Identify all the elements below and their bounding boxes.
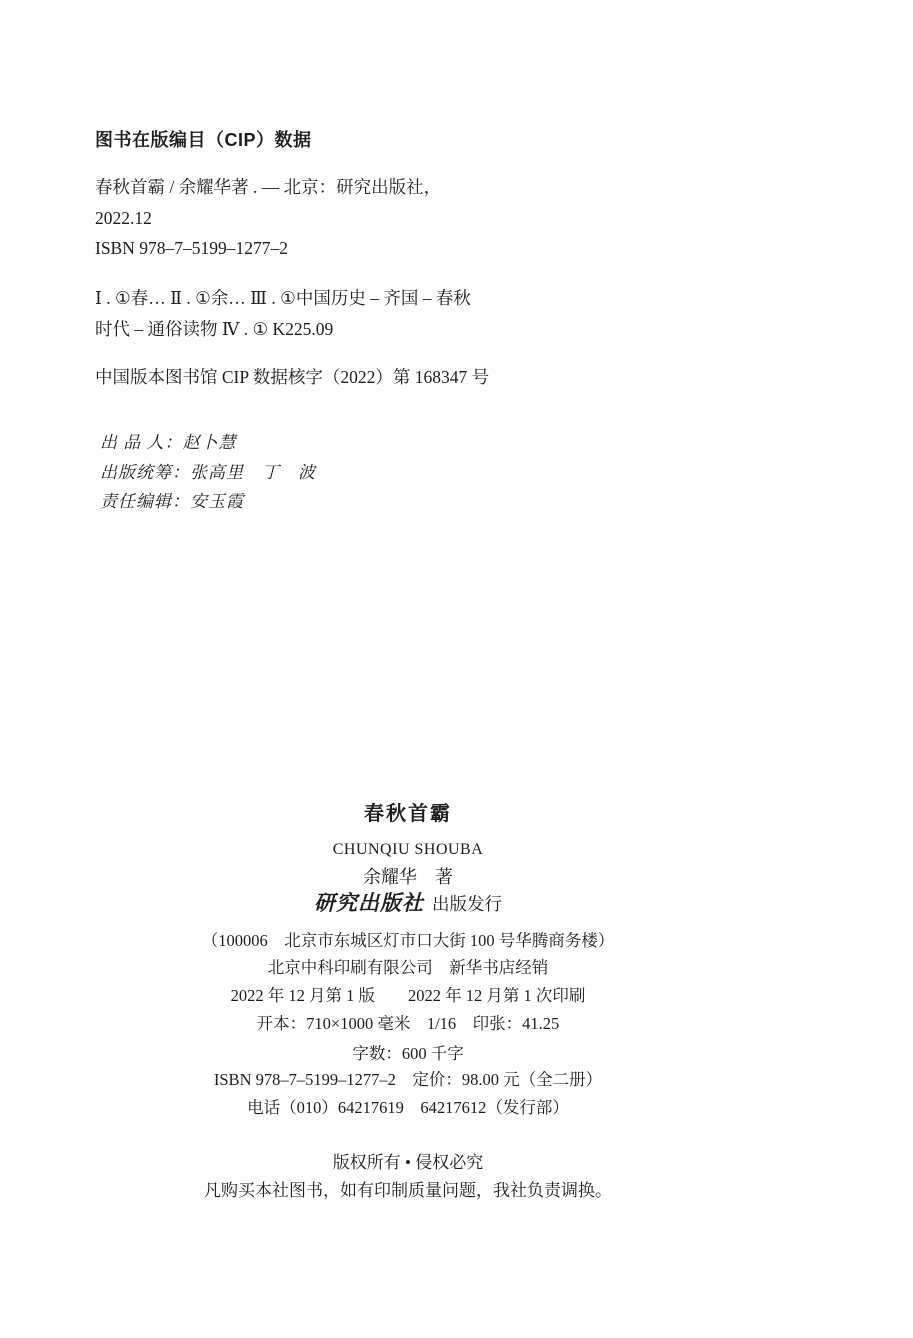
- isbn-price: ISBN 978–7–5199–1277–2 定价：98.00 元（全二册）: [95, 1069, 721, 1091]
- credit-editor: 责任编辑：安玉霞: [100, 491, 244, 513]
- author-line: 余耀华 著: [95, 866, 721, 888]
- cip-entry-line: 春秋首霸 / 余耀华著 . –– 北京：研究出版社，: [95, 176, 441, 198]
- credit-editor-value: 安玉霞: [190, 492, 244, 511]
- printer-distributor: 北京中科印刷有限公司 新华书店经销: [95, 957, 721, 979]
- credit-coordinator-label: 出版统筹：: [100, 463, 190, 482]
- cip-heading: 图书在版编目（CIP）数据: [95, 126, 312, 152]
- cip-classification-line1: Ⅰ . ①春… Ⅱ . ①余… Ⅲ . ①中国历史 – 齐国 – 春秋: [95, 287, 471, 309]
- credit-producer-value: 赵卜慧: [183, 433, 237, 452]
- book-title: 春秋首霸: [95, 803, 721, 825]
- credit-producer: 出 品 人：赵卜慧: [100, 432, 237, 454]
- cip-entry-year: 2022.12: [95, 207, 152, 229]
- cip-classification-line2: 时代 – 通俗读物 Ⅳ . ① K225.09: [95, 318, 333, 340]
- cip-isbn: ISBN 978–7–5199–1277–2: [95, 237, 288, 259]
- format-info: 开本：710×1000 毫米 1/16 印张：41.25: [95, 1013, 721, 1035]
- word-count: 字数：600 千字: [95, 1043, 721, 1065]
- edition-info: 2022 年 12 月第 1 版 2022 年 12 月第 1 次印刷: [95, 985, 721, 1007]
- credit-producer-label: 出 品 人：: [100, 433, 183, 452]
- publisher-line: 研究出版社出版发行: [95, 892, 721, 915]
- copyright-notice: 版权所有 • 侵权必究: [95, 1152, 721, 1174]
- phone-info: 电话（010）64217619 64217612（发行部）: [95, 1097, 721, 1119]
- quality-notice: 凡购买本社图书，如有印制质量问题，我社负责调换。: [95, 1180, 721, 1202]
- copyright-page: 图书在版编目（CIP）数据 春秋首霸 / 余耀华著 . –– 北京：研究出版社，…: [0, 0, 913, 1338]
- publisher-logo: 研究出版社: [314, 891, 424, 915]
- cip-registry-number: 中国版本图书馆 CIP 数据核字（2022）第 168347 号: [95, 366, 489, 388]
- book-title-pinyin: CHUNQIU SHOUBA: [95, 839, 721, 861]
- publisher-suffix: 出版发行: [432, 894, 502, 914]
- publisher-address: （100006 北京市东城区灯市口大街 100 号华腾商务楼）: [95, 930, 721, 952]
- credit-editor-label: 责任编辑：: [100, 492, 190, 511]
- credit-coordinator: 出版统筹：张高里 丁 波: [100, 462, 316, 484]
- credit-coordinator-value: 张高里 丁 波: [190, 463, 316, 482]
